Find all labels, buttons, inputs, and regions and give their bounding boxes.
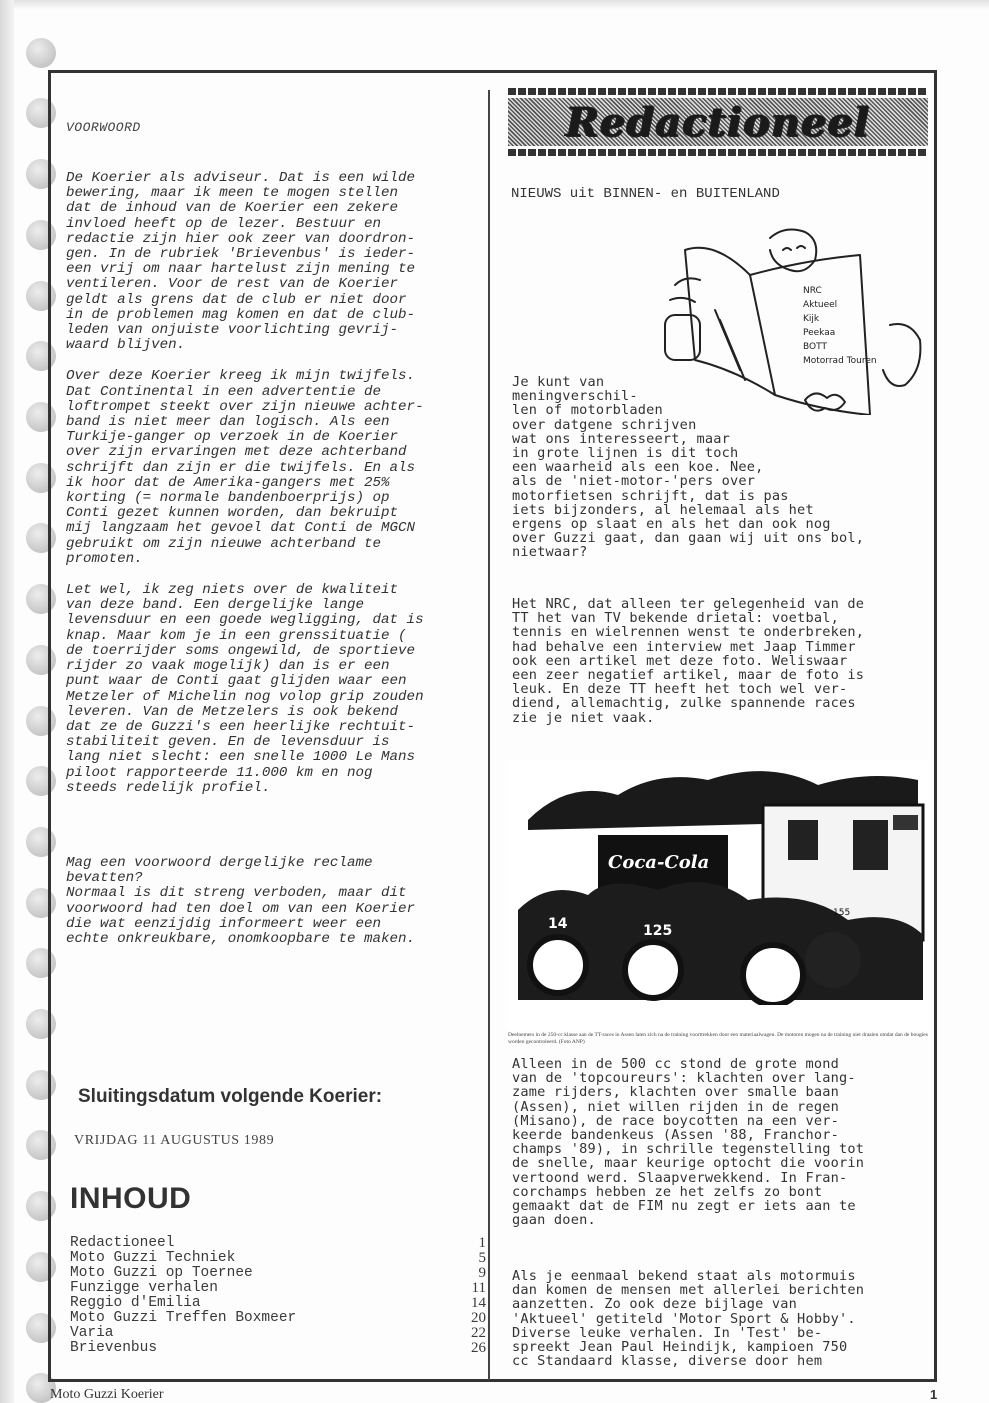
redactioneel-paragraph: Als je eenmaal bekend staat als motormui… [512,1269,864,1368]
voorwoord-paragraph: Let wel, ik zeg niets over de kwaliteit … [66,583,484,796]
toc-page: 5 [456,1251,486,1266]
toc-entry: Moto Guzzi Treffen Boxmeer20 [70,1311,486,1326]
toc-title: Brievenbus [70,1341,157,1356]
closing-date-heading: Sluitingsdatum volgende Koerier: [78,1086,382,1108]
voorwoord-heading: VOORWOORD [66,120,484,135]
page-edge-shadow [0,0,14,1403]
toc-title: Moto Guzzi op Toernee [70,1266,253,1281]
cartoon-text: Aktueel [803,300,837,310]
redactioneel-paragraph: Alleen in de 500 cc stond de grote mond … [512,1057,864,1227]
toc-title: Moto Guzzi Techniek [70,1251,235,1266]
toc-page: 22 [456,1326,486,1341]
cartoon-text: NRC [803,286,822,296]
toc-entry: Reggio d'Emilia14 [70,1296,486,1311]
voorwoord-paragraph: De Koerier als adviseur. Dat is een wild… [66,171,484,353]
photo-caption: Deelnemers in de 250-cc klasse aan de TT… [508,1032,930,1045]
toc-title: Reggio d'Emilia [70,1296,201,1311]
toc-page: 26 [456,1341,486,1356]
publication-footer: Moto Guzzi Koerier [50,1387,164,1403]
toc-page: 11 [456,1281,486,1296]
column-divider [488,90,490,1380]
banner-hatch: Redactioneel [508,98,928,146]
photo-brand-text: Coca-Cola [608,852,709,873]
closing-date-value: VRIJDAG 11 AUGUSTUS 1989 [74,1133,274,1149]
page-number: 1 [930,1387,937,1402]
banner-dash-rule [508,149,928,156]
voorwoord-paragraph: Normaal is dit streng verboden, maar dit… [66,886,484,947]
toc-entry: Brievenbus26 [70,1341,486,1356]
toc-title: Moto Guzzi Treffen Boxmeer [70,1311,296,1326]
redactioneel-column: Redactioneel NIEUWS uit BINNEN- en BUITE… [508,88,928,202]
photo-racer-number: 14 [548,916,568,932]
toc-entry: Funzigge verhalen11 [70,1281,486,1296]
voorwoord-column: VOORWOORD De Koerier als adviseur. Dat i… [66,120,484,963]
photo-racer-number: 125 [643,923,672,939]
cartoon-text: Kijk [803,314,820,324]
toc-page: 9 [456,1266,486,1281]
toc-entry: Varia22 [70,1326,486,1341]
cartoon-text: BOTT [803,342,827,352]
toc-entry: Redactioneel1 [70,1236,486,1251]
redactioneel-paragraph: Je kunt van meningverschil- len of motor… [512,375,864,560]
redactioneel-paragraph: Het NRC, dat alleen ter gelegenheid van … [512,597,864,725]
toc-title: Redactioneel [70,1236,174,1251]
binding-hole-icon [26,38,56,68]
toc-title: Funzigge verhalen [70,1281,218,1296]
voorwoord-paragraph: Over deze Koerier kreeg ik mijn twijfels… [66,369,484,567]
photo-truck-number: 155 [833,908,850,918]
toc-entry: Moto Guzzi op Toernee9 [70,1266,486,1281]
voorwoord-question: Mag een voorwoord dergelijke reclame bev… [66,856,484,886]
cartoon-text: Motorrad Touren [803,356,877,366]
redactioneel-banner: Redactioneel [508,88,928,158]
toc-entry: Moto Guzzi Techniek5 [70,1251,486,1266]
toc-page: 20 [456,1311,486,1326]
cartoon-text: Peekaa [803,328,835,338]
table-of-contents: Redactioneel1 Moto Guzzi Techniek5 Moto … [70,1236,486,1356]
contents-heading: INHOUD [70,1182,191,1216]
news-subheading: NIEUWS uit BINNEN- en BUITENLAND [511,186,928,202]
toc-page: 14 [456,1296,486,1311]
banner-title: Redactioneel [566,99,870,146]
page-top-shadow [0,0,989,10]
toc-title: Varia [70,1326,114,1341]
toc-page: 1 [456,1236,486,1251]
tt-assen-photo: Coca-Cola 14 125 155 [508,760,928,1030]
banner-dash-rule [508,88,928,95]
